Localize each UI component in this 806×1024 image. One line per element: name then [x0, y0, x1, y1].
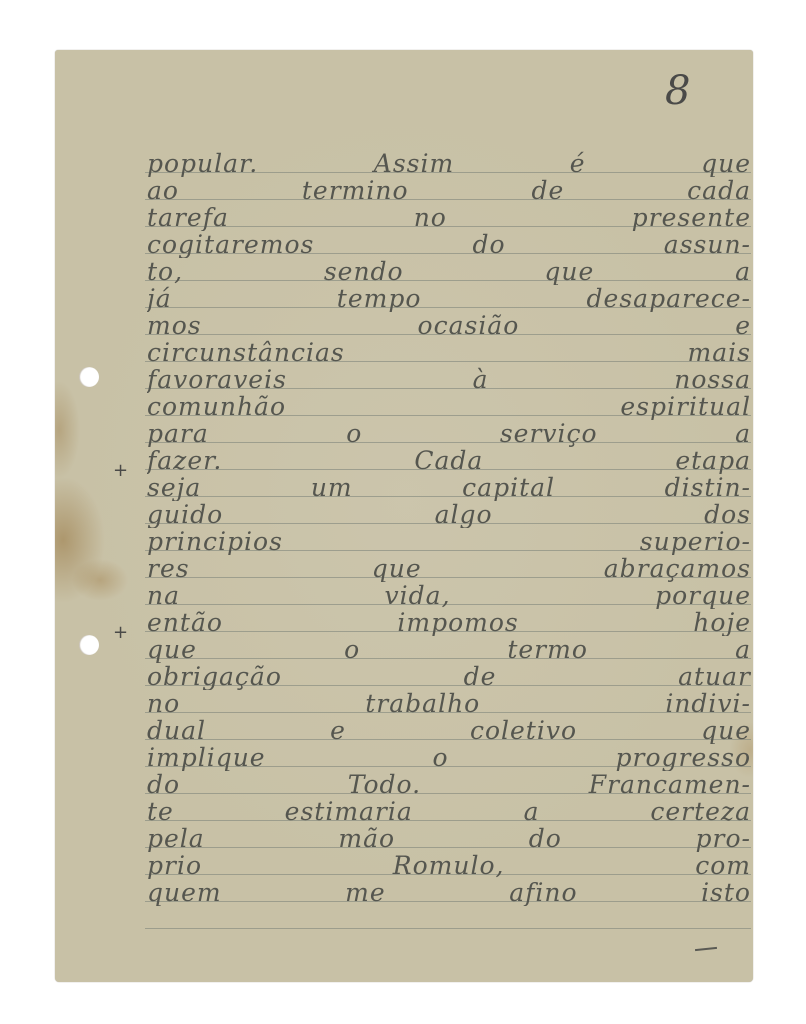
- punch-hole-bottom: [79, 635, 99, 655]
- text-line: mos ocasião e: [147, 312, 751, 339]
- text-line: guido algo dos: [147, 501, 751, 528]
- text-line: popular. Assim é que: [147, 150, 751, 177]
- text-line: cogitaremos do assun-: [147, 231, 751, 258]
- text-line: seja um capital distin-: [147, 474, 751, 501]
- text-line: para o serviço a: [147, 420, 751, 447]
- text-line: que o termo a: [147, 636, 751, 663]
- margin-plus-mark: +: [113, 460, 128, 481]
- text-line: to, sendo que a: [147, 258, 751, 285]
- closing-dash-mark: [695, 947, 717, 951]
- ruled-line: [145, 928, 751, 929]
- text-line: circunstâncias mais: [147, 339, 751, 366]
- text-line: te estimaria a certeza: [147, 798, 751, 825]
- manuscript-page: 8 popular. Assim é que ao termino de cad…: [55, 50, 753, 982]
- text-line: ao termino de cada: [147, 177, 751, 204]
- text-line: comunhão espiritual: [147, 393, 751, 420]
- page-number: 8: [665, 68, 690, 114]
- text-line: implique o progresso: [147, 744, 751, 771]
- text-line: dual e coletivo que: [147, 717, 751, 744]
- text-line: na vida, porque: [147, 582, 751, 609]
- text-line: tarefa no presente: [147, 204, 751, 231]
- text-line: prio Romulo, com: [147, 852, 751, 879]
- text-line: principios superio-: [147, 528, 751, 555]
- text-line: quem me afino isto: [147, 879, 751, 906]
- text-line: obrigação de atuar: [147, 663, 751, 690]
- margin-plus-mark: +: [113, 622, 128, 643]
- text-line: então impomos hoje: [147, 609, 751, 636]
- text-line: pela mão do pro-: [147, 825, 751, 852]
- text-line: favoraveis à nossa: [147, 366, 751, 393]
- text-line: no trabalho indivi-: [147, 690, 751, 717]
- text-line: do Todo. Francamen-: [147, 771, 751, 798]
- text-line: res que abraçamos: [147, 555, 751, 582]
- text-line: já tempo desaparece-: [147, 285, 751, 312]
- text-line: fazer. Cada etapa: [147, 447, 751, 474]
- punch-hole-top: [79, 367, 99, 387]
